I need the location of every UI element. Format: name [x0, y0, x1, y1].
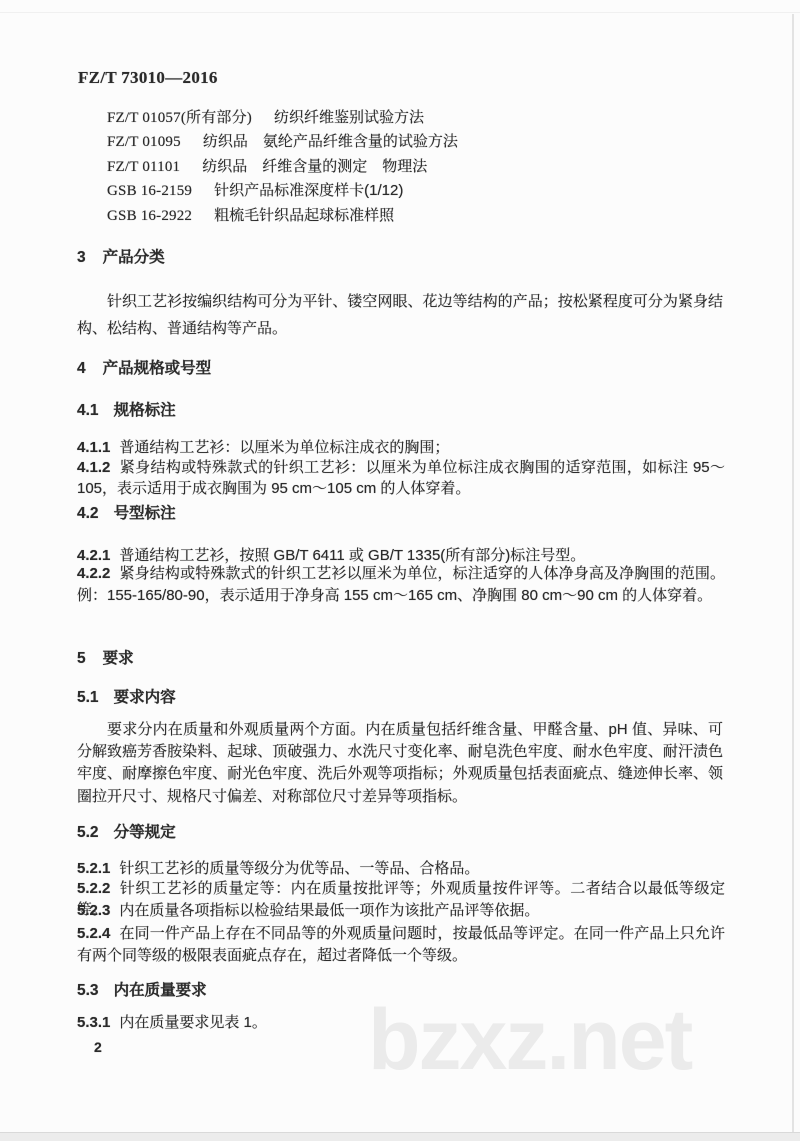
heading-title: 号型标注	[114, 505, 176, 522]
clause-4-1-1: 4.1.1普通结构工艺衫：以厘米为单位标注成衣的胸围；	[77, 437, 725, 458]
heading-4-1: 4.1规格标注	[77, 402, 725, 419]
scan-edge-top	[0, 12, 800, 13]
heading-number: 4.2	[77, 505, 99, 522]
heading-number: 5.1	[77, 689, 99, 706]
watermark: bzxz.net	[368, 997, 691, 1083]
reference-title: 针织产品标准深度样卡(1/12)	[214, 182, 403, 199]
reference-title: 粗梳毛针织品起球标准样照	[214, 207, 394, 224]
heading-5-2: 5.2分等规定	[77, 824, 725, 841]
clause-number: 4.2.2	[77, 565, 110, 582]
clause-4-1-2: 4.1.2紧身结构或特殊款式的针织工艺衫：以厘米为单位标注成衣胸围的适穿范围，如…	[77, 458, 725, 500]
clause-text: 针织工艺衫的质量等级分为优等品、一等品、合格品。	[119, 860, 479, 877]
reference-title: 纺织纤维鉴别试验方法	[274, 109, 424, 126]
reference-code: GSB 16-2922	[107, 208, 192, 224]
reference-code: FZ/T 01101	[107, 159, 180, 175]
heading-3: 3产品分类	[77, 249, 725, 266]
heading-title: 内在质量要求	[114, 982, 207, 999]
heading-4-2: 4.2号型标注	[77, 505, 725, 522]
clause-4-2-2: 4.2.2紧身结构或特殊款式的针织工艺衫以厘米为单位，标注适穿的人体净身高及净胸…	[77, 563, 725, 606]
reference-row: FZ/T 01057(所有部分)纺织纤维鉴别试验方法	[107, 106, 727, 130]
reference-code: FZ/T 01057(所有部分)	[107, 110, 252, 126]
heading-number: 5.2	[77, 824, 99, 841]
scan-edge-right	[792, 14, 794, 1132]
heading-5-3: 5.3内在质量要求	[77, 982, 725, 999]
page-number: 2	[94, 1040, 102, 1054]
heading-title: 要求内容	[114, 689, 176, 706]
clause-number: 5.2.2	[77, 880, 110, 897]
clause-text: 紧身结构或特殊款式的针织工艺衫：以厘米为单位标注成衣胸围的适穿范围，如标注 95…	[77, 459, 725, 497]
standard-number: FZ/T 73010—2016	[78, 68, 218, 88]
heading-title: 产品规格或号型	[103, 360, 212, 377]
heading-title: 规格标注	[114, 402, 176, 419]
clause-number: 5.3.1	[77, 1014, 110, 1031]
clause-number: 5.2.1	[77, 860, 110, 877]
clause-text: 普通结构工艺衫：以厘米为单位标注成衣的胸围；	[119, 439, 449, 456]
clause-number: 5.2.4	[77, 925, 110, 942]
clause-number: 4.1.1	[77, 439, 110, 456]
heading-title: 分等规定	[114, 824, 176, 841]
clause-text: 紧身结构或特殊款式的针织工艺衫以厘米为单位，标注适穿的人体净身高及净胸围的范围。…	[77, 565, 725, 604]
paragraph-5-1: 要求分内在质量和外观质量两个方面。内在质量包括纤维含量、甲醛含量、pH 值、异味…	[77, 719, 723, 808]
normative-references-list: FZ/T 01057(所有部分)纺织纤维鉴别试验方法 FZ/T 01095纺织品…	[107, 106, 727, 228]
clause-text: 在同一件产品上存在不同品等的外观质量问题时，按最低品等评定。在同一件产品上只允许…	[77, 925, 725, 964]
heading-title: 产品分类	[103, 249, 165, 266]
document-page: bzxz.net FZ/T 73010—2016 FZ/T 01057(所有部分…	[0, 0, 800, 1141]
reference-code: FZ/T 01095	[107, 134, 181, 150]
reference-title: 纺织品 纤维含量的测定 物理法	[202, 158, 427, 175]
heading-number: 4	[77, 360, 86, 377]
heading-number: 5	[77, 650, 86, 667]
heading-number: 4.1	[77, 402, 99, 419]
reference-title: 纺织品 氨纶产品纤维含量的试验方法	[203, 133, 458, 150]
clause-number: 4.1.2	[77, 459, 110, 476]
heading-title: 要求	[103, 650, 134, 667]
heading-5-1: 5.1要求内容	[77, 689, 725, 706]
paragraph-3: 针织工艺衫按编织结构可分为平针、镂空网眼、花边等结构的产品；按松紧程度可分为紧身…	[77, 289, 723, 342]
clause-number: 5.2.3	[77, 902, 110, 919]
scan-edge-bottom	[0, 1132, 800, 1141]
clause-text: 内在质量要求见表 1。	[119, 1014, 267, 1031]
heading-number: 5.3	[77, 982, 99, 999]
heading-4: 4产品规格或号型	[77, 360, 725, 377]
reference-row: FZ/T 01101纺织品 纤维含量的测定 物理法	[107, 155, 727, 179]
clause-5-2-3: 5.2.3内在质量各项指标以检验结果最低一项作为该批产品评等依据。	[77, 900, 725, 921]
reference-code: GSB 16-2159	[107, 183, 192, 199]
clause-5-2-4: 5.2.4在同一件产品上存在不同品等的外观质量问题时，按最低品等评定。在同一件产…	[77, 923, 725, 966]
heading-5: 5要求	[77, 650, 725, 667]
reference-row: FZ/T 01095纺织品 氨纶产品纤维含量的试验方法	[107, 130, 727, 154]
clause-5-2-1: 5.2.1针织工艺衫的质量等级分为优等品、一等品、合格品。	[77, 858, 725, 879]
clause-5-3-1: 5.3.1内在质量要求见表 1。	[77, 1012, 725, 1033]
clause-text: 内在质量各项指标以检验结果最低一项作为该批产品评等依据。	[119, 902, 539, 919]
clause-text: 普通结构工艺衫，按照 GB/T 6411 或 GB/T 1335(所有部分)标注…	[119, 547, 585, 564]
heading-number: 3	[77, 249, 86, 266]
reference-row: GSB 16-2159针织产品标准深度样卡(1/12)	[107, 179, 727, 203]
reference-row: GSB 16-2922粗梳毛针织品起球标准样照	[107, 204, 727, 228]
clause-number: 4.2.1	[77, 547, 110, 564]
